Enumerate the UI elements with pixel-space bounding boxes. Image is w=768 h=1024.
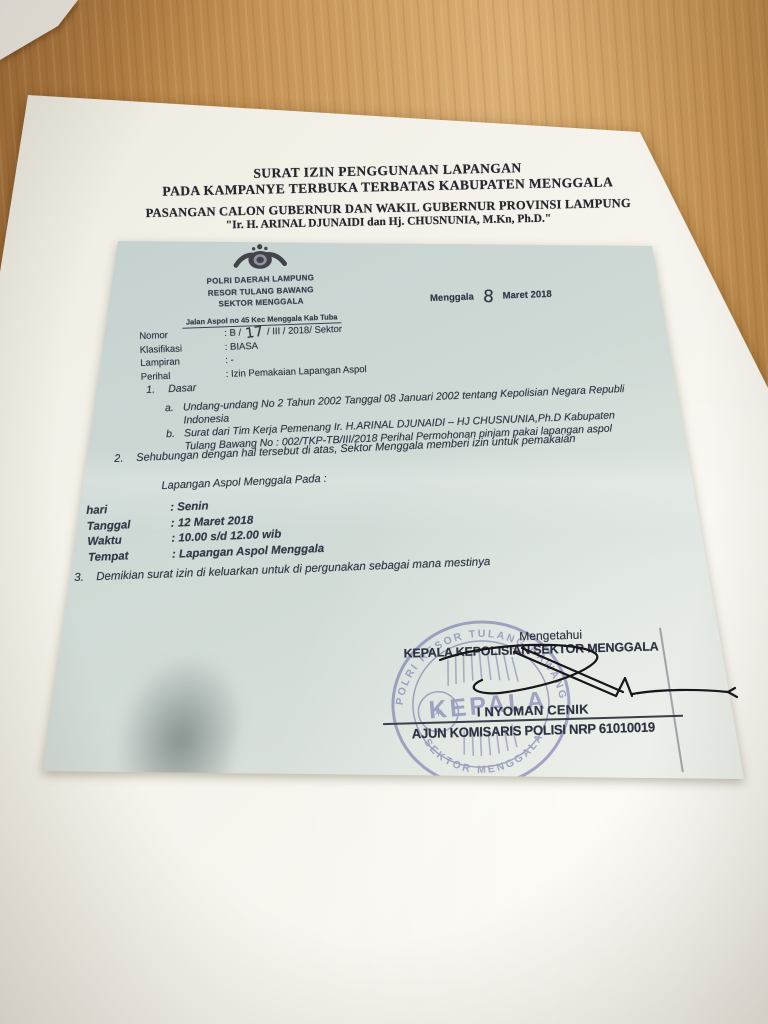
point2-subtext: Lapangan Aspol Menggala Pada : — [161, 457, 695, 492]
letter-meta-block: Nomor : B /17/ III / 2018/ Sektor Klasif… — [139, 322, 367, 384]
klasifikasi-value: : BIASA — [225, 339, 259, 354]
lampiran-value: : - — [225, 354, 234, 368]
tempat-label: Tempat — [88, 547, 173, 566]
police-letterhead: POLRI DAERAH LAMPUNG RESOR TULANG BAWANG… — [177, 240, 345, 329]
letter-content: POLRI DAERAH LAMPUNG RESOR TULANG BAWANG… — [0, 0, 768, 1024]
handwritten-number: 17 — [245, 328, 264, 338]
polri-emblem-icon — [228, 242, 291, 274]
handwritten-day: 8 — [483, 292, 494, 302]
item-a-line2: Indonesia — [183, 413, 229, 427]
event-schedule: hari : Senin Tanggal : 12 Maret 2018 Wak… — [86, 495, 324, 566]
dateline: Menggala8Maret 2018 — [430, 289, 552, 304]
dasar-number: 1. — [146, 383, 169, 397]
point2-number: 2. — [114, 452, 137, 465]
point3-number: 3. — [74, 571, 96, 584]
ink-signature — [398, 638, 748, 720]
hari-value: : Senin — [170, 499, 209, 516]
dateline-month-year: Maret 2018 — [502, 289, 551, 302]
dateline-city: Menggala — [430, 292, 474, 305]
item-a-marker: a. — [165, 401, 184, 428]
dasar-title: Dasar — [168, 382, 197, 396]
